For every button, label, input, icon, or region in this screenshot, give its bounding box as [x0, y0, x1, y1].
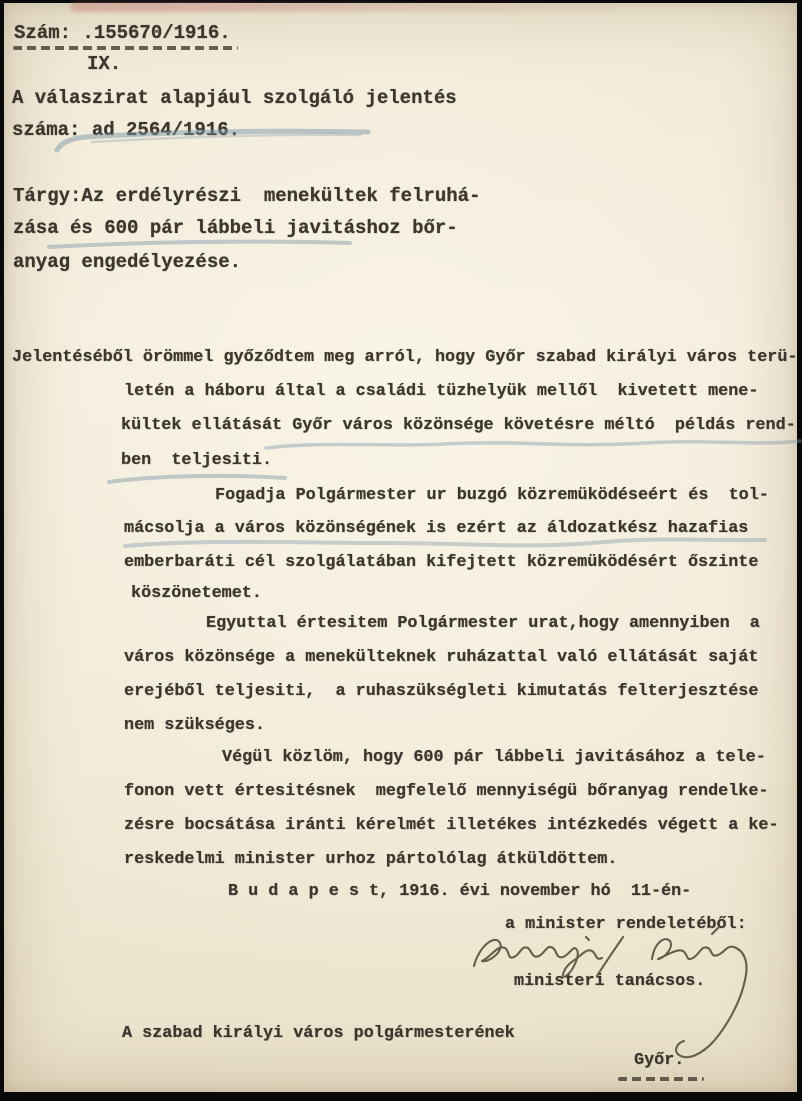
body-p4-line1: Végül közlöm, hogy 600 pár lábbeli javit… — [222, 748, 766, 767]
scanned-letter: Szám: .155670/1916. IX. A válaszirat ala… — [0, 0, 802, 1101]
subject-line-3: anyag engedélyezése. — [13, 252, 241, 274]
typed-underline-city — [618, 1077, 704, 1081]
body-p4-line3: zésre bocsátása iránti kérelmét illetéke… — [124, 816, 779, 835]
body-p3-line3: erejéből teljesiti, a ruhaszükségleti ki… — [124, 682, 758, 701]
reference-line-1: A válaszirat alapjául szolgáló jelentés — [12, 88, 457, 110]
body-p1-line3: kültek ellátását Győr város közönsége kö… — [121, 416, 796, 435]
body-p3-line2: város közönsége a menekülteknek ruházatt… — [124, 648, 758, 667]
subject-line-1: Tárgy:Az erdélyrészi menekültek felruhá- — [13, 186, 480, 208]
signer-title: ministeri tanácsos. — [514, 972, 705, 991]
subject-line-2: zása és 600 pár lábbeli javitáshoz bőr- — [13, 218, 458, 240]
addressee-city: Győr. — [634, 1051, 684, 1070]
body-p2-line3: emberbaráti cél szolgálatában kifejtett … — [124, 553, 758, 572]
body-p1-line4: ben teljesiti. — [121, 451, 272, 470]
section-numeral: IX. — [87, 54, 121, 76]
body-p1-line2: letén a háboru által a családi tüzhelyük… — [124, 382, 758, 401]
red-ink-smudge — [70, 2, 615, 12]
body-p1-line1: Jelentéséből örömmel győződtem meg arról… — [12, 348, 798, 367]
addressee-line: A szabad királyi város polgármesterének — [122, 1024, 515, 1043]
body-p2-line4: köszönetemet. — [131, 584, 262, 603]
doc-number: Szám: .155670/1916. — [14, 23, 231, 45]
typed-underline-doc-number — [13, 46, 238, 50]
body-p2-line2: mácsolja a város közönségének is ezért a… — [124, 519, 748, 538]
dateline: B u d a p e s t, 1916. évi november hó 1… — [228, 882, 691, 901]
body-p2-line1: Fogadja Polgármester ur buzgó közremüköd… — [215, 486, 769, 505]
body-p4-line2: fonon vett értesitésnek megfelelő mennyi… — [124, 782, 769, 801]
body-p3-line1: Egyuttal értesitem Polgármester urat,hog… — [206, 614, 760, 633]
body-p3-line4: nem szükséges. — [124, 716, 265, 735]
body-p4-line4: reskedelmi minister urhoz pártolólag átk… — [124, 850, 617, 869]
reference-line-2: száma: ad 2564/1916. — [12, 120, 240, 142]
by-order-line: a minister rendeletéből: — [505, 915, 747, 934]
